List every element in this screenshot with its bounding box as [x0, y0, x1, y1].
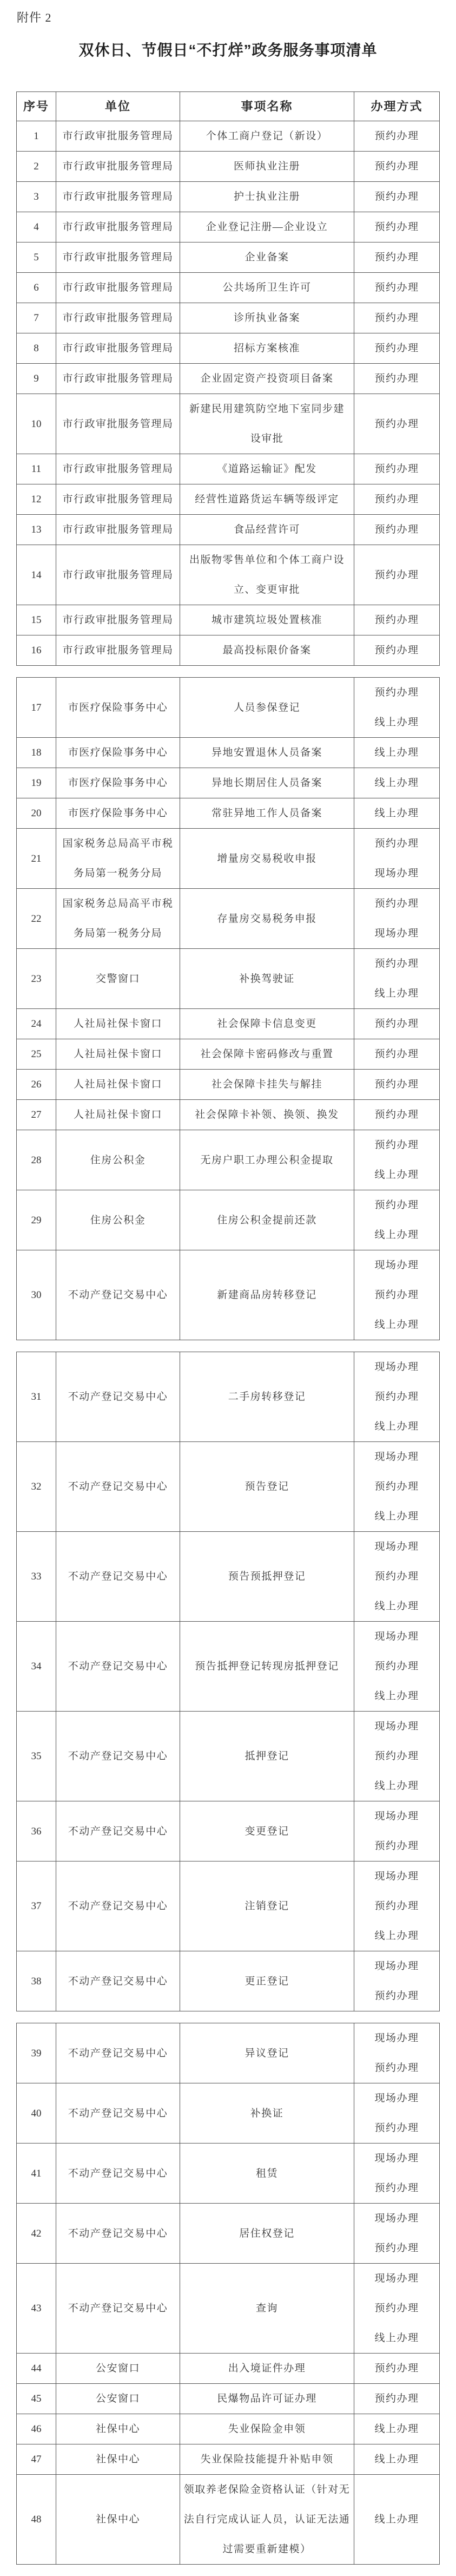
item-cell: 异地长期居住人员备案 — [180, 768, 354, 798]
method-cell: 预约办理 — [354, 333, 440, 364]
method-cell: 预约办理 — [354, 303, 440, 333]
unit-cell: 社保中心 — [56, 2475, 180, 2565]
unit-cell: 社保中心 — [56, 2414, 180, 2444]
serial-cell: 7 — [17, 303, 56, 333]
unit-cell: 不动产登记交易中心 — [56, 1622, 180, 1712]
item-cell: 失业保险技能提升补贴申领 — [180, 2444, 354, 2475]
page-title: 双休日、节假日“不打烊”政务服务事项清单 — [0, 38, 456, 60]
unit-cell: 不动产登记交易中心 — [56, 1951, 180, 2011]
method-cell: 预约办理 — [354, 1009, 440, 1039]
method-cell: 预约办理 线上办理 — [354, 1190, 440, 1250]
table-row: 14市行政审批服务管理局出版物零售单位和个体工商户设 立、变更审批预约办理 — [17, 545, 440, 605]
serial-cell: 25 — [17, 1039, 56, 1070]
method-cell: 现场办理 预约办理 — [354, 2204, 440, 2264]
serial-cell: 5 — [17, 242, 56, 273]
serial-cell: 41 — [17, 2144, 56, 2204]
serial-cell: 42 — [17, 2204, 56, 2264]
method-cell: 线上办理 — [354, 768, 440, 798]
unit-cell: 市行政审批服务管理局 — [56, 273, 180, 303]
unit-cell: 人社局社保卡窗口 — [56, 1100, 180, 1130]
table-row: 44公安窗口出入境证件办理预约办理 — [17, 2354, 440, 2384]
unit-cell: 不动产登记交易中心 — [56, 1250, 180, 1340]
serial-cell: 17 — [17, 678, 56, 738]
table-row: 33不动产登记交易中心预告预抵押登记现场办理 预约办理 线上办理 — [17, 1532, 440, 1622]
table-row: 15市行政审批服务管理局城市建筑垃圾处置核准预约办理 — [17, 605, 440, 635]
serial-cell: 40 — [17, 2083, 56, 2144]
serial-cell: 16 — [17, 635, 56, 666]
unit-cell: 国家税务总局高平市税 务局第一税务分局 — [56, 889, 180, 949]
unit-cell: 市医疗保险事务中心 — [56, 738, 180, 768]
unit-cell: 市行政审批服务管理局 — [56, 121, 180, 152]
unit-cell: 不动产登记交易中心 — [56, 2083, 180, 2144]
serial-cell: 24 — [17, 1009, 56, 1039]
item-cell: 民爆物品许可证办理 — [180, 2384, 354, 2414]
table-row: 19市医疗保险事务中心异地长期居住人员备案线上办理 — [17, 768, 440, 798]
table-row: 45公安窗口民爆物品许可证办理预约办理 — [17, 2384, 440, 2414]
item-cell: 常驻异地工作人员备案 — [180, 798, 354, 829]
unit-cell: 不动产登记交易中心 — [56, 1352, 180, 1442]
method-cell: 现场办理 预约办理 线上办理 — [354, 1352, 440, 1442]
item-cell: 企业固定资产投资项目备案 — [180, 364, 354, 394]
unit-cell: 市行政审批服务管理局 — [56, 152, 180, 182]
unit-cell: 市医疗保险事务中心 — [56, 768, 180, 798]
unit-cell: 住房公积金 — [56, 1190, 180, 1250]
table-row: 36不动产登记交易中心变更登记现场办理 预约办理 — [17, 1801, 440, 1861]
serial-cell: 37 — [17, 1861, 56, 1951]
method-cell: 预约办理 — [354, 182, 440, 212]
method-cell: 现场办理 预约办理 — [354, 1951, 440, 2011]
table-row: 20市医疗保险事务中心常驻异地工作人员备案线上办理 — [17, 798, 440, 829]
item-cell: 新建商品房转移登记 — [180, 1250, 354, 1340]
method-cell: 预约办理 — [354, 2384, 440, 2414]
serial-cell: 33 — [17, 1532, 56, 1622]
table-row: 10市行政审批服务管理局新建民用建筑防空地下室同步建 设审批预约办理 — [17, 394, 440, 454]
table-row: 2市行政审批服务管理局医师执业注册预约办理 — [17, 152, 440, 182]
serial-cell: 31 — [17, 1352, 56, 1442]
serial-cell: 29 — [17, 1190, 56, 1250]
method-cell: 预约办理 线上办理 — [354, 1130, 440, 1190]
service-table-section-3: 31不动产登记交易中心二手房转移登记现场办理 预约办理 线上办理32不动产登记交… — [16, 1352, 440, 2011]
serial-cell: 1 — [17, 121, 56, 152]
unit-cell: 不动产登记交易中心 — [56, 1712, 180, 1801]
table-row: 23交警窗口补换驾驶证预约办理 线上办理 — [17, 949, 440, 1009]
table-row: 31不动产登记交易中心二手房转移登记现场办理 预约办理 线上办理 — [17, 1352, 440, 1442]
table-row: 37不动产登记交易中心注销登记现场办理 预约办理 线上办理 — [17, 1861, 440, 1951]
method-cell: 线上办理 — [354, 738, 440, 768]
method-cell: 现场办理 预约办理 — [354, 2083, 440, 2144]
item-cell: 无房户职工办理公积金提取 — [180, 1130, 354, 1190]
item-cell: 补换驾驶证 — [180, 949, 354, 1009]
item-cell: 《道路运输证》配发 — [180, 454, 354, 484]
serial-cell: 43 — [17, 2264, 56, 2354]
column-header-3: 办理方式 — [354, 92, 440, 121]
table-row: 22国家税务总局高平市税 务局第一税务分局存量房交易税务申报预约办理 现场办理 — [17, 889, 440, 949]
serial-cell: 14 — [17, 545, 56, 605]
method-cell: 预约办理 — [354, 394, 440, 454]
method-cell: 预约办理 — [354, 364, 440, 394]
item-cell: 异议登记 — [180, 2023, 354, 2083]
serial-cell: 27 — [17, 1100, 56, 1130]
method-cell: 预约办理 — [354, 545, 440, 605]
table-row: 8市行政审批服务管理局招标方案核准预约办理 — [17, 333, 440, 364]
method-cell: 预约办理 — [354, 484, 440, 515]
document-page: 附件 2 双休日、节假日“不打烊”政务服务事项清单 序号单位事项名称办理方式1市… — [0, 0, 456, 2565]
item-cell: 出入境证件办理 — [180, 2354, 354, 2384]
method-cell: 预约办理 — [354, 515, 440, 545]
table-row: 6市行政审批服务管理局公共场所卫生许可预约办理 — [17, 273, 440, 303]
item-cell: 失业保险金申领 — [180, 2414, 354, 2444]
table-row: 5市行政审批服务管理局企业备案预约办理 — [17, 242, 440, 273]
unit-cell: 市医疗保险事务中心 — [56, 678, 180, 738]
unit-cell: 社保中心 — [56, 2444, 180, 2475]
serial-cell: 6 — [17, 273, 56, 303]
table-row: 11市行政审批服务管理局《道路运输证》配发预约办理 — [17, 454, 440, 484]
item-cell: 更正登记 — [180, 1951, 354, 2011]
item-cell: 企业登记注册—企业设立 — [180, 212, 354, 242]
table-row: 46社保中心失业保险金申领线上办理 — [17, 2414, 440, 2444]
unit-cell: 国家税务总局高平市税 务局第一税务分局 — [56, 829, 180, 889]
method-cell: 预约办理 — [354, 1039, 440, 1070]
item-cell: 社会保障卡信息变更 — [180, 1009, 354, 1039]
item-cell: 居住权登记 — [180, 2204, 354, 2264]
method-cell: 线上办理 — [354, 2414, 440, 2444]
unit-cell: 不动产登记交易中心 — [56, 1861, 180, 1951]
unit-cell: 公安窗口 — [56, 2354, 180, 2384]
item-cell: 增量房交易税收申报 — [180, 829, 354, 889]
method-cell: 现场办理 预约办理 线上办理 — [354, 1712, 440, 1801]
table-row: 12市行政审批服务管理局经营性道路货运车辆等级评定预约办理 — [17, 484, 440, 515]
unit-cell: 市行政审批服务管理局 — [56, 635, 180, 666]
table-row: 48社保中心领取养老保险金资格认证（针对无 法自行完成认证人员，认证无法通 过需… — [17, 2475, 440, 2565]
unit-cell: 不动产登记交易中心 — [56, 1442, 180, 1532]
item-cell: 社会保障卡密码修改与重置 — [180, 1039, 354, 1070]
unit-cell: 市行政审批服务管理局 — [56, 333, 180, 364]
item-cell: 存量房交易税务申报 — [180, 889, 354, 949]
table-row: 29住房公积金住房公积金提前还款预约办理 线上办理 — [17, 1190, 440, 1250]
unit-cell: 市行政审批服务管理局 — [56, 605, 180, 635]
table-row: 13市行政审批服务管理局食品经营许可预约办理 — [17, 515, 440, 545]
method-cell: 现场办理 预约办理 线上办理 — [354, 1622, 440, 1712]
item-cell: 护士执业注册 — [180, 182, 354, 212]
table-row: 35不动产登记交易中心抵押登记现场办理 预约办理 线上办理 — [17, 1712, 440, 1801]
unit-cell: 住房公积金 — [56, 1130, 180, 1190]
serial-cell: 44 — [17, 2354, 56, 2384]
serial-cell: 11 — [17, 454, 56, 484]
table-row: 26人社局社保卡窗口社会保障卡挂失与解挂预约办理 — [17, 1070, 440, 1100]
method-cell: 现场办理 预约办理 线上办理 — [354, 1442, 440, 1532]
method-cell: 现场办理 预约办理 线上办理 — [354, 1861, 440, 1951]
unit-cell: 市行政审批服务管理局 — [56, 182, 180, 212]
service-table-section-2: 17市医疗保险事务中心人员参保登记预约办理 线上办理18市医疗保险事务中心异地安… — [16, 677, 440, 1340]
item-cell: 医师执业注册 — [180, 152, 354, 182]
table-row: 41不动产登记交易中心租赁现场办理 预约办理 — [17, 2144, 440, 2204]
method-cell: 线上办理 — [354, 798, 440, 829]
method-cell: 预约办理 — [354, 121, 440, 152]
method-cell: 预约办理 — [354, 635, 440, 666]
table-row: 21国家税务总局高平市税 务局第一税务分局增量房交易税收申报预约办理 现场办理 — [17, 829, 440, 889]
table-row: 38不动产登记交易中心更正登记现场办理 预约办理 — [17, 1951, 440, 2011]
unit-cell: 不动产登记交易中心 — [56, 1801, 180, 1861]
serial-cell: 39 — [17, 2023, 56, 2083]
serial-cell: 46 — [17, 2414, 56, 2444]
table-row: 7市行政审批服务管理局诊所执业备案预约办理 — [17, 303, 440, 333]
item-cell: 食品经营许可 — [180, 515, 354, 545]
unit-cell: 不动产登记交易中心 — [56, 2144, 180, 2204]
method-cell: 现场办理 预约办理 线上办理 — [354, 1250, 440, 1340]
serial-cell: 36 — [17, 1801, 56, 1861]
item-cell: 最高投标限价备案 — [180, 635, 354, 666]
unit-cell: 公安窗口 — [56, 2384, 180, 2414]
item-cell: 预告抵押登记转现房抵押登记 — [180, 1622, 354, 1712]
item-cell: 招标方案核准 — [180, 333, 354, 364]
item-cell: 社会保障卡挂失与解挂 — [180, 1070, 354, 1100]
method-cell: 预约办理 — [354, 1100, 440, 1130]
item-cell: 诊所执业备案 — [180, 303, 354, 333]
serial-cell: 8 — [17, 333, 56, 364]
method-cell: 预约办理 — [354, 2354, 440, 2384]
method-cell: 现场办理 预约办理 — [354, 2144, 440, 2204]
serial-cell: 45 — [17, 2384, 56, 2414]
table-row: 34不动产登记交易中心预告抵押登记转现房抵押登记现场办理 预约办理 线上办理 — [17, 1622, 440, 1712]
table-row: 1市行政审批服务管理局个体工商户登记（新设）预约办理 — [17, 121, 440, 152]
item-cell: 新建民用建筑防空地下室同步建 设审批 — [180, 394, 354, 454]
unit-cell: 交警窗口 — [56, 949, 180, 1009]
serial-cell: 26 — [17, 1070, 56, 1100]
item-cell: 出版物零售单位和个体工商户设 立、变更审批 — [180, 545, 354, 605]
method-cell: 预约办理 线上办理 — [354, 678, 440, 738]
method-cell: 预约办理 — [354, 454, 440, 484]
serial-cell: 12 — [17, 484, 56, 515]
serial-cell: 35 — [17, 1712, 56, 1801]
unit-cell: 市医疗保险事务中心 — [56, 798, 180, 829]
method-cell: 预约办理 — [354, 1070, 440, 1100]
serial-cell: 15 — [17, 605, 56, 635]
item-cell: 企业备案 — [180, 242, 354, 273]
unit-cell: 市行政审批服务管理局 — [56, 212, 180, 242]
unit-cell: 市行政审批服务管理局 — [56, 454, 180, 484]
method-cell: 线上办理 — [354, 2444, 440, 2475]
unit-cell: 市行政审批服务管理局 — [56, 303, 180, 333]
table-row: 27人社局社保卡窗口社会保障卡补领、换领、换发预约办理 — [17, 1100, 440, 1130]
table-row: 47社保中心失业保险技能提升补贴申领线上办理 — [17, 2444, 440, 2475]
column-header-2: 事项名称 — [180, 92, 354, 121]
table-row: 9市行政审批服务管理局企业固定资产投资项目备案预约办理 — [17, 364, 440, 394]
method-cell: 预约办理 — [354, 212, 440, 242]
item-cell: 预告登记 — [180, 1442, 354, 1532]
method-cell: 现场办理 预约办理 — [354, 2023, 440, 2083]
serial-cell: 22 — [17, 889, 56, 949]
item-cell: 住房公积金提前还款 — [180, 1190, 354, 1250]
unit-cell: 不动产登记交易中心 — [56, 2264, 180, 2354]
table-row: 40不动产登记交易中心补换证现场办理 预约办理 — [17, 2083, 440, 2144]
unit-cell: 不动产登记交易中心 — [56, 1532, 180, 1622]
method-cell: 预约办理 — [354, 605, 440, 635]
item-cell: 注销登记 — [180, 1861, 354, 1951]
column-header-1: 单位 — [56, 92, 180, 121]
unit-cell: 人社局社保卡窗口 — [56, 1039, 180, 1070]
unit-cell: 不动产登记交易中心 — [56, 2023, 180, 2083]
item-cell: 城市建筑垃圾处置核准 — [180, 605, 354, 635]
unit-cell: 人社局社保卡窗口 — [56, 1009, 180, 1039]
item-cell: 抵押登记 — [180, 1712, 354, 1801]
item-cell: 预告预抵押登记 — [180, 1532, 354, 1622]
table-row: 24人社局社保卡窗口社会保障卡信息变更预约办理 — [17, 1009, 440, 1039]
item-cell: 个体工商户登记（新设） — [180, 121, 354, 152]
item-cell: 变更登记 — [180, 1801, 354, 1861]
table-row: 17市医疗保险事务中心人员参保登记预约办理 线上办理 — [17, 678, 440, 738]
method-cell: 预约办理 线上办理 — [354, 949, 440, 1009]
table-sections: 序号单位事项名称办理方式1市行政审批服务管理局个体工商户登记（新设）预约办理2市… — [16, 91, 456, 2565]
service-table-section-1: 序号单位事项名称办理方式1市行政审批服务管理局个体工商户登记（新设）预约办理2市… — [16, 91, 440, 666]
serial-cell: 48 — [17, 2475, 56, 2565]
serial-cell: 23 — [17, 949, 56, 1009]
item-cell: 补换证 — [180, 2083, 354, 2144]
serial-cell: 34 — [17, 1622, 56, 1712]
attachment-label: 附件 2 — [17, 9, 456, 25]
table-row: 4市行政审批服务管理局企业登记注册—企业设立预约办理 — [17, 212, 440, 242]
table-row: 28住房公积金无房户职工办理公积金提取预约办理 线上办理 — [17, 1130, 440, 1190]
item-cell: 公共场所卫生许可 — [180, 273, 354, 303]
method-cell: 线上办理 — [354, 2475, 440, 2565]
method-cell: 现场办理 预约办理 — [354, 1801, 440, 1861]
method-cell: 预约办理 现场办理 — [354, 829, 440, 889]
table-row: 16市行政审批服务管理局最高投标限价备案预约办理 — [17, 635, 440, 666]
table-row: 43不动产登记交易中心查询现场办理 预约办理 线上办理 — [17, 2264, 440, 2354]
serial-cell: 13 — [17, 515, 56, 545]
method-cell: 预约办理 — [354, 242, 440, 273]
unit-cell: 市行政审批服务管理局 — [56, 242, 180, 273]
table-row: 42不动产登记交易中心居住权登记现场办理 预约办理 — [17, 2204, 440, 2264]
table-row: 3市行政审批服务管理局护士执业注册预约办理 — [17, 182, 440, 212]
unit-cell: 市行政审批服务管理局 — [56, 484, 180, 515]
serial-cell: 9 — [17, 364, 56, 394]
serial-cell: 18 — [17, 738, 56, 768]
method-cell: 预约办理 — [354, 152, 440, 182]
table-row: 32不动产登记交易中心预告登记现场办理 预约办理 线上办理 — [17, 1442, 440, 1532]
serial-cell: 47 — [17, 2444, 56, 2475]
serial-cell: 4 — [17, 212, 56, 242]
unit-cell: 市行政审批服务管理局 — [56, 515, 180, 545]
table-header-row: 序号单位事项名称办理方式 — [17, 92, 440, 121]
item-cell: 领取养老保险金资格认证（针对无 法自行完成认证人员，认证无法通 过需要重新建模） — [180, 2475, 354, 2565]
unit-cell: 市行政审批服务管理局 — [56, 364, 180, 394]
unit-cell: 市行政审批服务管理局 — [56, 394, 180, 454]
method-cell: 预约办理 现场办理 — [354, 889, 440, 949]
item-cell: 异地安置退休人员备案 — [180, 738, 354, 768]
table-row: 25人社局社保卡窗口社会保障卡密码修改与重置预约办理 — [17, 1039, 440, 1070]
serial-cell: 2 — [17, 152, 56, 182]
serial-cell: 10 — [17, 394, 56, 454]
table-row: 30不动产登记交易中心新建商品房转移登记现场办理 预约办理 线上办理 — [17, 1250, 440, 1340]
unit-cell: 市行政审批服务管理局 — [56, 545, 180, 605]
item-cell: 租赁 — [180, 2144, 354, 2204]
service-table-section-4: 39不动产登记交易中心异议登记现场办理 预约办理40不动产登记交易中心补换证现场… — [16, 2023, 440, 2565]
serial-cell: 3 — [17, 182, 56, 212]
item-cell: 二手房转移登记 — [180, 1352, 354, 1442]
column-header-0: 序号 — [17, 92, 56, 121]
serial-cell: 38 — [17, 1951, 56, 2011]
serial-cell: 28 — [17, 1130, 56, 1190]
serial-cell: 32 — [17, 1442, 56, 1532]
serial-cell: 30 — [17, 1250, 56, 1340]
item-cell: 人员参保登记 — [180, 678, 354, 738]
item-cell: 查询 — [180, 2264, 354, 2354]
serial-cell: 19 — [17, 768, 56, 798]
table-row: 18市医疗保险事务中心异地安置退休人员备案线上办理 — [17, 738, 440, 768]
serial-cell: 20 — [17, 798, 56, 829]
item-cell: 经营性道路货运车辆等级评定 — [180, 484, 354, 515]
serial-cell: 21 — [17, 829, 56, 889]
unit-cell: 不动产登记交易中心 — [56, 2204, 180, 2264]
item-cell: 社会保障卡补领、换领、换发 — [180, 1100, 354, 1130]
method-cell: 现场办理 预约办理 线上办理 — [354, 2264, 440, 2354]
method-cell: 现场办理 预约办理 线上办理 — [354, 1532, 440, 1622]
method-cell: 预约办理 — [354, 273, 440, 303]
unit-cell: 人社局社保卡窗口 — [56, 1070, 180, 1100]
table-row: 39不动产登记交易中心异议登记现场办理 预约办理 — [17, 2023, 440, 2083]
